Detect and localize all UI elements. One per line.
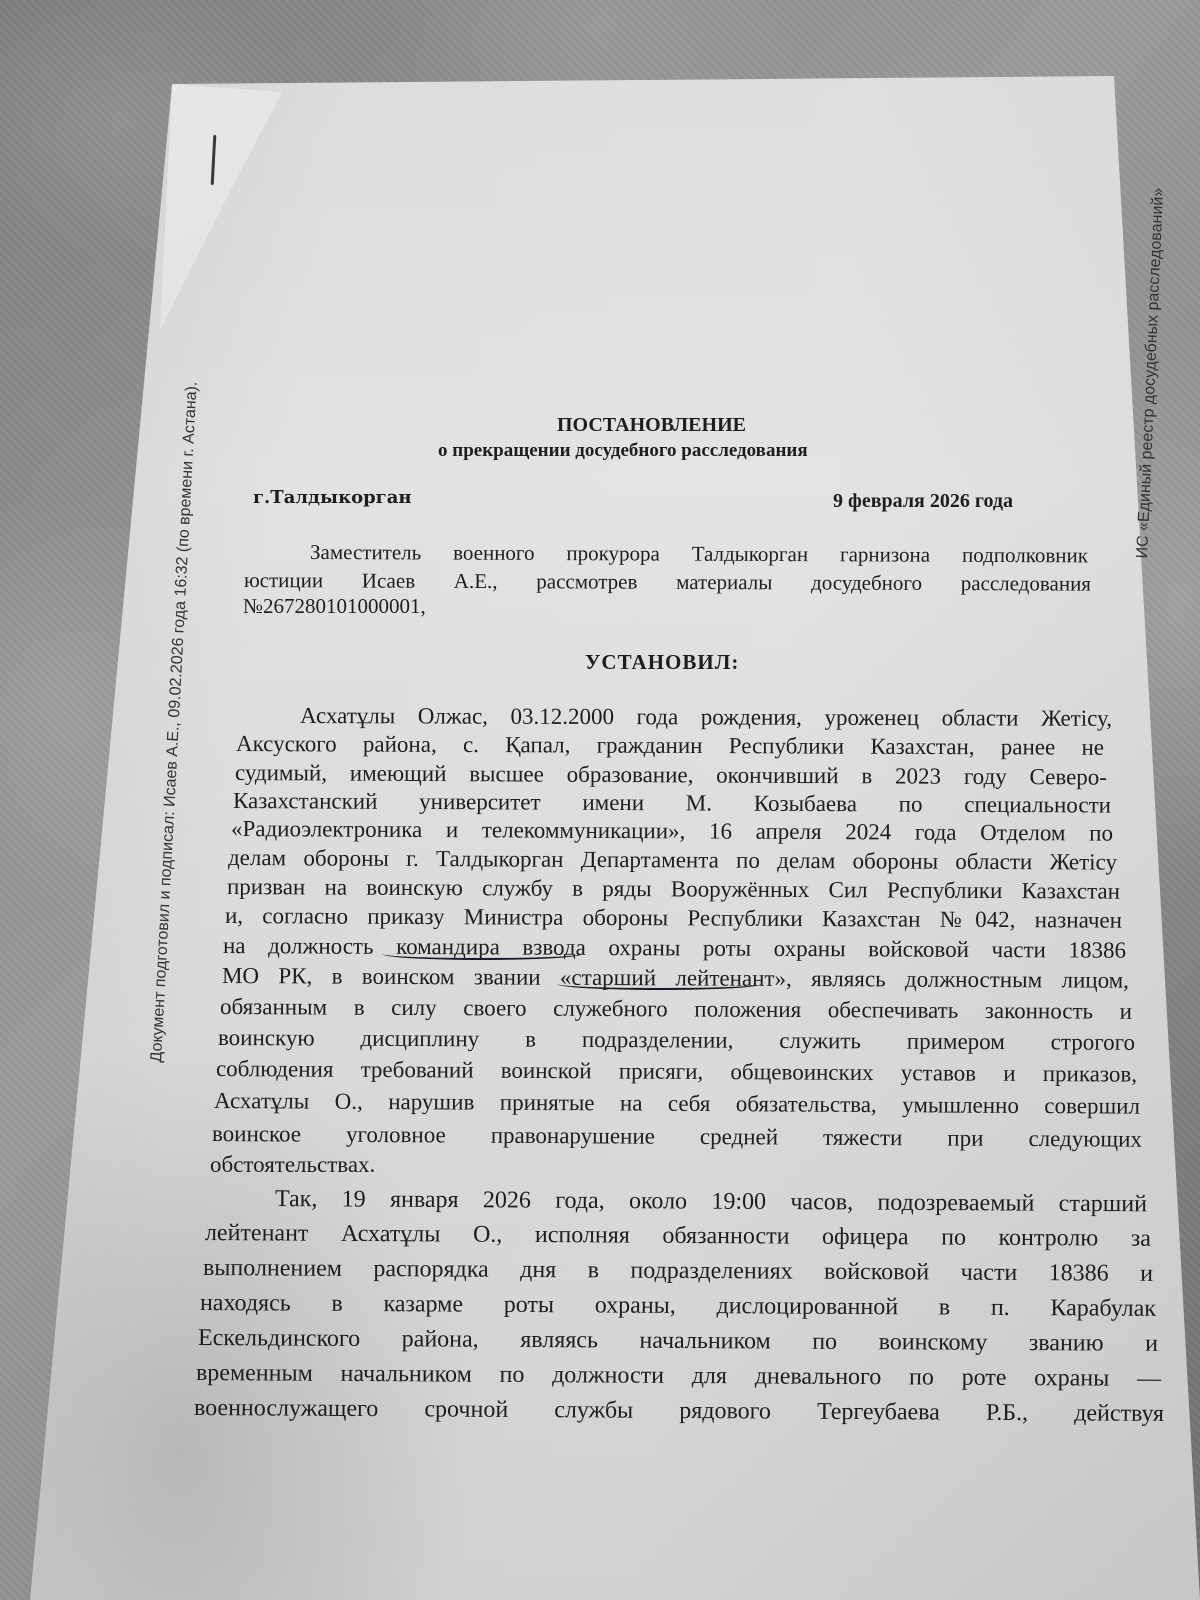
document-content: Документ подготовил и подписал: Исаев А.…: [0, 0, 1200, 1600]
intro-line: №267280101000001,: [243, 594, 426, 619]
right-margin-stamp: ИС «Единый реестр досудебных расследован…: [1134, 187, 1168, 558]
paragraph1-line: Казахстанский университет имени М. Козыб…: [233, 788, 1111, 819]
intro-line: Заместитель военного прокурора Талдыкорг…: [310, 540, 1088, 568]
paragraph1-line: призван на воинскую службу в ряды Вооруж…: [227, 874, 1120, 905]
paragraph1-line: Асхатұлы Олжас, 03.12.2000 года рождения…: [300, 703, 1112, 732]
document-subtitle: о прекращении досудебного расследования: [438, 440, 808, 462]
paragraph2-line: находясь в казарме роты охраны, дислоцир…: [200, 1290, 1156, 1323]
paragraph1-line: воинское уголовное правонарушение средне…: [212, 1121, 1142, 1153]
document-title: ПОСТАНОВЛЕНИЕ: [557, 414, 746, 437]
intro-line: юстиции Исаев А.Е., рассмотрев материалы…: [244, 568, 1091, 597]
paragraph2-line: Ескельдинского района, являясь начальник…: [198, 1325, 1158, 1358]
left-margin-stamp: Документ подготовил и подписал: Исаев А.…: [148, 381, 202, 1063]
paragraph1-line: на должность командира взвода охраны рот…: [223, 933, 1126, 964]
paragraph1-line: Асхатұлы О., нарушив принятые на себя об…: [214, 1088, 1140, 1120]
paragraph2-line: выполнением распорядка дня в подразделен…: [203, 1255, 1153, 1288]
date: 9 февраля 2026 года: [833, 490, 1013, 513]
paragraph2-line: лейтенант Асхатұлы О., исполняя обязанно…: [205, 1220, 1151, 1253]
section-heading-established: УСТАНОВИЛ:: [585, 650, 739, 675]
city: г.Талдыкорган: [253, 487, 412, 508]
paragraph1-line: делам обороны г. Талдыкорган Департамент…: [228, 845, 1117, 876]
paragraph1-line: обязанным в силу своего служебного полож…: [220, 994, 1132, 1025]
pen-underline: [382, 948, 582, 960]
paragraph1-line: обстоятельствах.: [210, 1152, 375, 1178]
paragraph1-line: Аксуского района, с. Қапал, гражданин Ре…: [236, 731, 1104, 761]
paragraph1-line: и, согласно приказу Министра обороны Рес…: [225, 903, 1122, 934]
paragraph1-line: воинскую дисциплину в подразделении, слу…: [218, 1025, 1135, 1056]
paragraph1-line: соблюдения требований воинской присяги, …: [216, 1056, 1137, 1088]
paragraph2-line: военнослужащего срочной службы рядового …: [194, 1395, 1164, 1428]
paragraph1-line: «Радиоэлектроника и телекоммуникации», 1…: [231, 816, 1113, 847]
paragraph1-line: судимый, имеющий высшее образование, око…: [235, 760, 1107, 791]
paragraph2-line: временным начальником по должности для д…: [196, 1360, 1161, 1393]
paragraph2-line: Так, 19 января 2026 года, около 19:00 ча…: [275, 1186, 1147, 1218]
pen-underline: [557, 978, 762, 990]
